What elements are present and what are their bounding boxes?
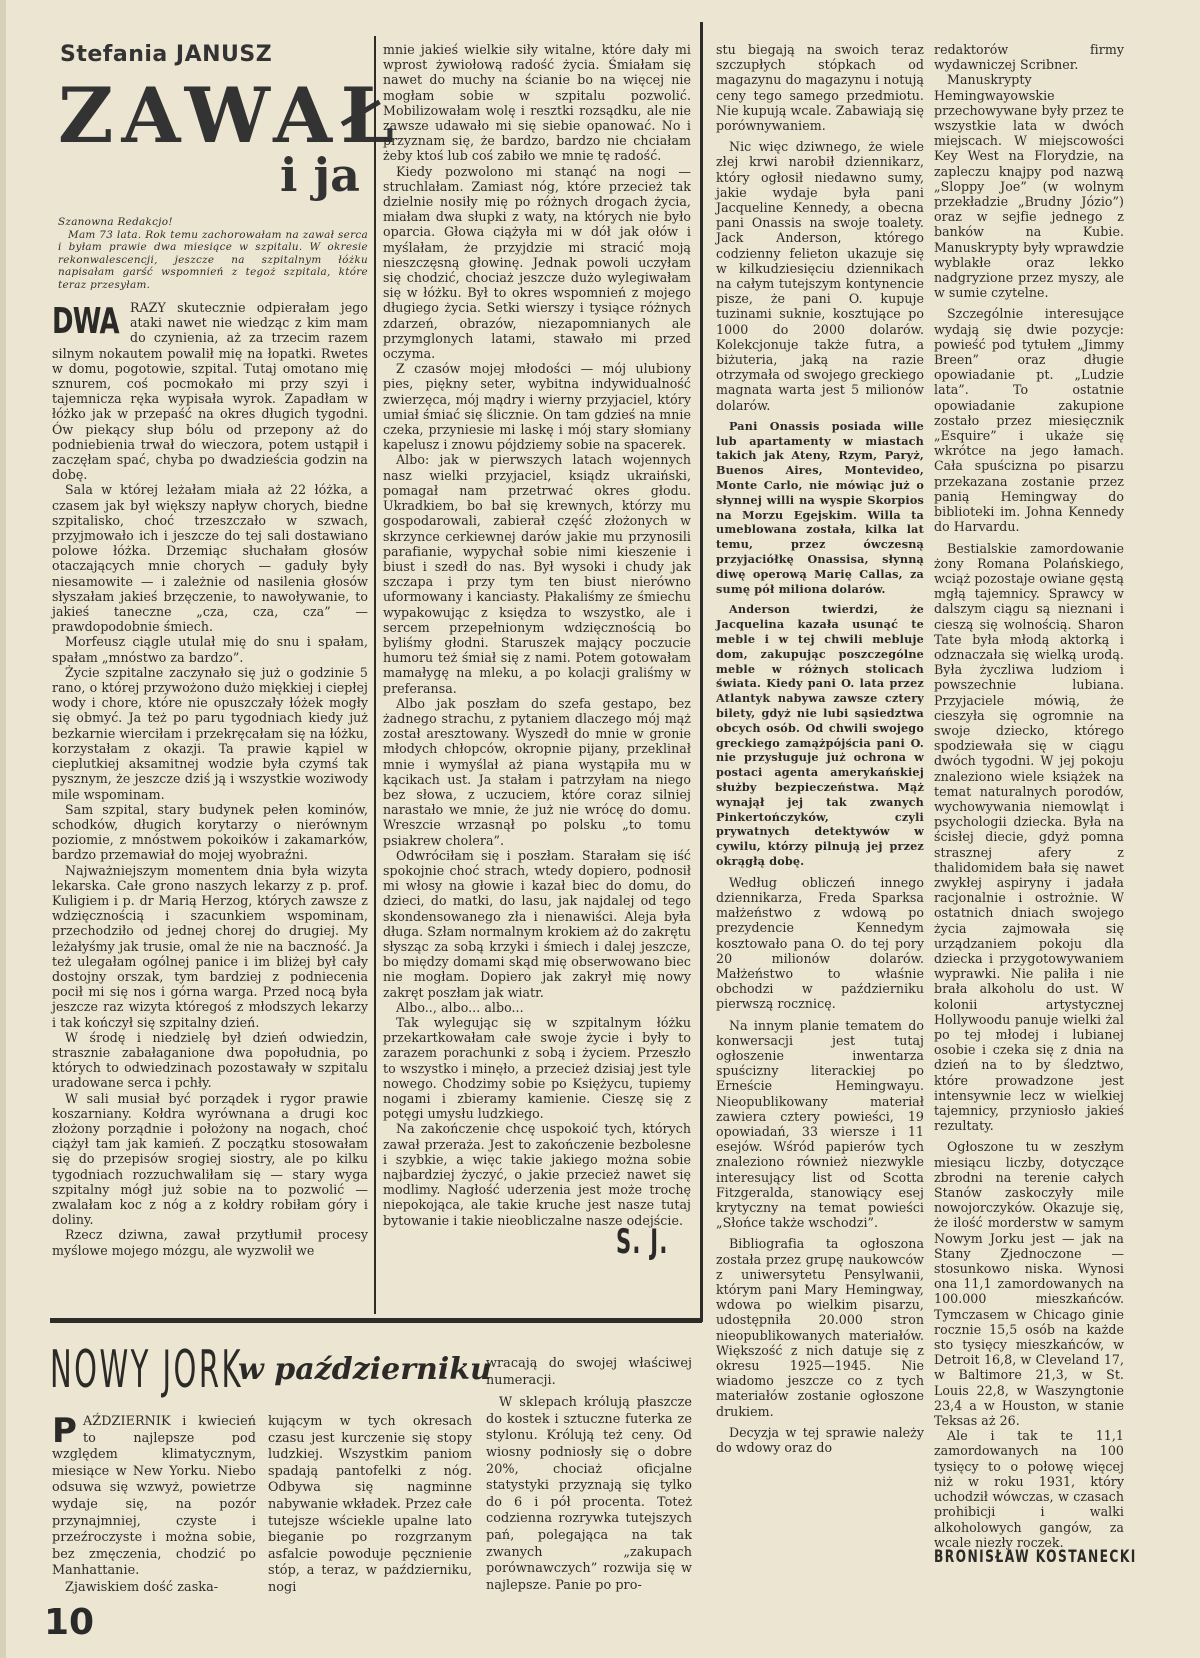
- paragraph: Albo jak poszłam do szefa gestapo, bez ż…: [383, 696, 691, 848]
- paragraph: Kiedy pozwolono mi stanąć na nogi — stru…: [383, 164, 691, 362]
- article1-column-1: DWARAZY skutecznie odpierałam jego ataki…: [52, 300, 368, 1258]
- article2-column-1: PAŹDZIERNIK i kwiecień to najlepsze pod …: [52, 1414, 256, 1597]
- paragraph: Życie szpitalne zaczynało się już o godz…: [52, 665, 368, 802]
- lead-salutation: Szanowna Redakcjo!: [58, 216, 368, 229]
- paragraph: Albo.., albo... albo...: [383, 1000, 691, 1015]
- paragraph: Nic więc dziwnego, że wiele złej krwi na…: [716, 139, 924, 413]
- drop-cap: P: [52, 1416, 77, 1446]
- paragraph: Bestialskie zamordowanie żony Romana Pol…: [934, 541, 1124, 1134]
- article-frame-right: [700, 22, 703, 1322]
- page-edge: [0, 0, 6, 1658]
- small-print-section: Pani Onassis posiada wille lub apartamen…: [716, 419, 924, 869]
- paragraph: PAŹDZIERNIK i kwiecień to najlepsze pod …: [52, 1414, 256, 1580]
- article1-column-2: mnie jakieś wielkie siły witalne, które …: [383, 42, 691, 1228]
- page-number: 10: [44, 1602, 94, 1643]
- paragraph: DWARAZY skutecznie odpierałam jego ataki…: [52, 300, 368, 482]
- column-divider: [374, 36, 376, 1314]
- paragraph: W środę i niedzielę był dzień odwiedzin,…: [52, 1030, 368, 1091]
- article2-column-2: kującym w tych okresach czasu jest kurcz…: [268, 1414, 472, 1597]
- lead-text: Mam 73 lata. Rok temu zachorowałam na za…: [58, 229, 368, 292]
- paragraph: kującym w tych okresach czasu jest kurcz…: [268, 1414, 472, 1597]
- paragraph: Decyzja w tej sprawie należy do wdowy or…: [716, 1425, 924, 1455]
- paragraph: redaktorów firmy wydawniczej Scribner.: [934, 42, 1124, 72]
- paragraph: Szczególnie interesujące wydają się dwie…: [934, 306, 1124, 534]
- paragraph: Rzecz dziwna, zawał przytłumił procesy m…: [52, 1227, 368, 1257]
- article2-subtitle: w październiku: [238, 1352, 492, 1387]
- paragraph: W sklepach królują płaszcze do kostek i …: [486, 1395, 692, 1594]
- paragraph: Odwróciłam się i poszłam. Starałam się i…: [383, 848, 691, 1000]
- paragraph: Sam szpital, stary budynek pełen kominów…: [52, 802, 368, 863]
- paragraph: Na zakończenie chcę uspokoić tych, który…: [383, 1121, 691, 1227]
- article-subtitle: i ja: [280, 152, 360, 198]
- magazine-page: Stefania JANUSZ ZAWAŁ i ja Szanowna Reda…: [0, 0, 1200, 1658]
- paragraph: Pani Onassis posiada wille lub apartamen…: [716, 419, 924, 597]
- paragraph: Według obliczeń innego dziennikarza, Fre…: [716, 875, 924, 1012]
- article-frame-bottom: [50, 1318, 702, 1323]
- paragraph: Tak wylegując się w szpitalnym łóżku prz…: [383, 1015, 691, 1121]
- drop-cap: DWA: [52, 302, 101, 342]
- paragraph: Anderson twierdzi, że Jacquelina kazała …: [716, 602, 924, 868]
- paragraph: Manuskrypty Hemingwayowskie przechowywan…: [934, 72, 1124, 300]
- article2-column-3: wracają do swojej właściwej numeracji. W…: [486, 1356, 692, 1594]
- paragraph: Z czasów mojej młodości — mój ulubiony p…: [383, 361, 691, 452]
- article2-column-5: redaktorów firmy wydawniczej Scribner. M…: [934, 42, 1124, 1565]
- author-signature: S. J.: [616, 1222, 669, 1262]
- paragraph: mnie jakieś wielkie siły witalne, które …: [383, 42, 691, 164]
- article-author: Stefania JANUSZ: [60, 42, 272, 67]
- article2-byline: BRONISŁAW KOSTANECKI: [934, 1550, 1071, 1565]
- paragraph: Najważniejszym momentem dnia była wizyta…: [52, 863, 368, 1030]
- paragraph: Ale i tak te 11,1 zamordowanych na 100 t…: [934, 1428, 1124, 1550]
- paragraph: Bibliografia ta ogłoszona została przez …: [716, 1236, 924, 1418]
- article-title: ZAWAŁ: [58, 78, 402, 154]
- paragraph: Sala w której leżałam miała aż 22 łóżka,…: [52, 482, 368, 634]
- paragraph: Morfeusz ciągle utulał mię do snu i spał…: [52, 634, 368, 664]
- paragraph: Ogłoszone tu w zeszłym miesiącu liczby, …: [934, 1139, 1124, 1428]
- paragraph: Na innym planie tematem do konwersacji j…: [716, 1018, 924, 1231]
- paragraph: Zjawiskiem dość zaska-: [52, 1580, 256, 1597]
- paragraph: Albo: jak w pierwszych latach wojennych …: [383, 452, 691, 695]
- article-lead: Szanowna Redakcjo! Mam 73 lata. Rok temu…: [58, 216, 368, 292]
- paragraph: W sali musiał być porządek i rygor prawi…: [52, 1091, 368, 1228]
- article2-column-4: stu biegają na swoich teraz szczupłych s…: [716, 42, 924, 1455]
- article2-title: NOWY JORK: [50, 1344, 243, 1396]
- paragraph: stu biegają na swoich teraz szczupłych s…: [716, 42, 924, 133]
- paragraph: wracają do swojej właściwej numeracji.: [486, 1356, 692, 1389]
